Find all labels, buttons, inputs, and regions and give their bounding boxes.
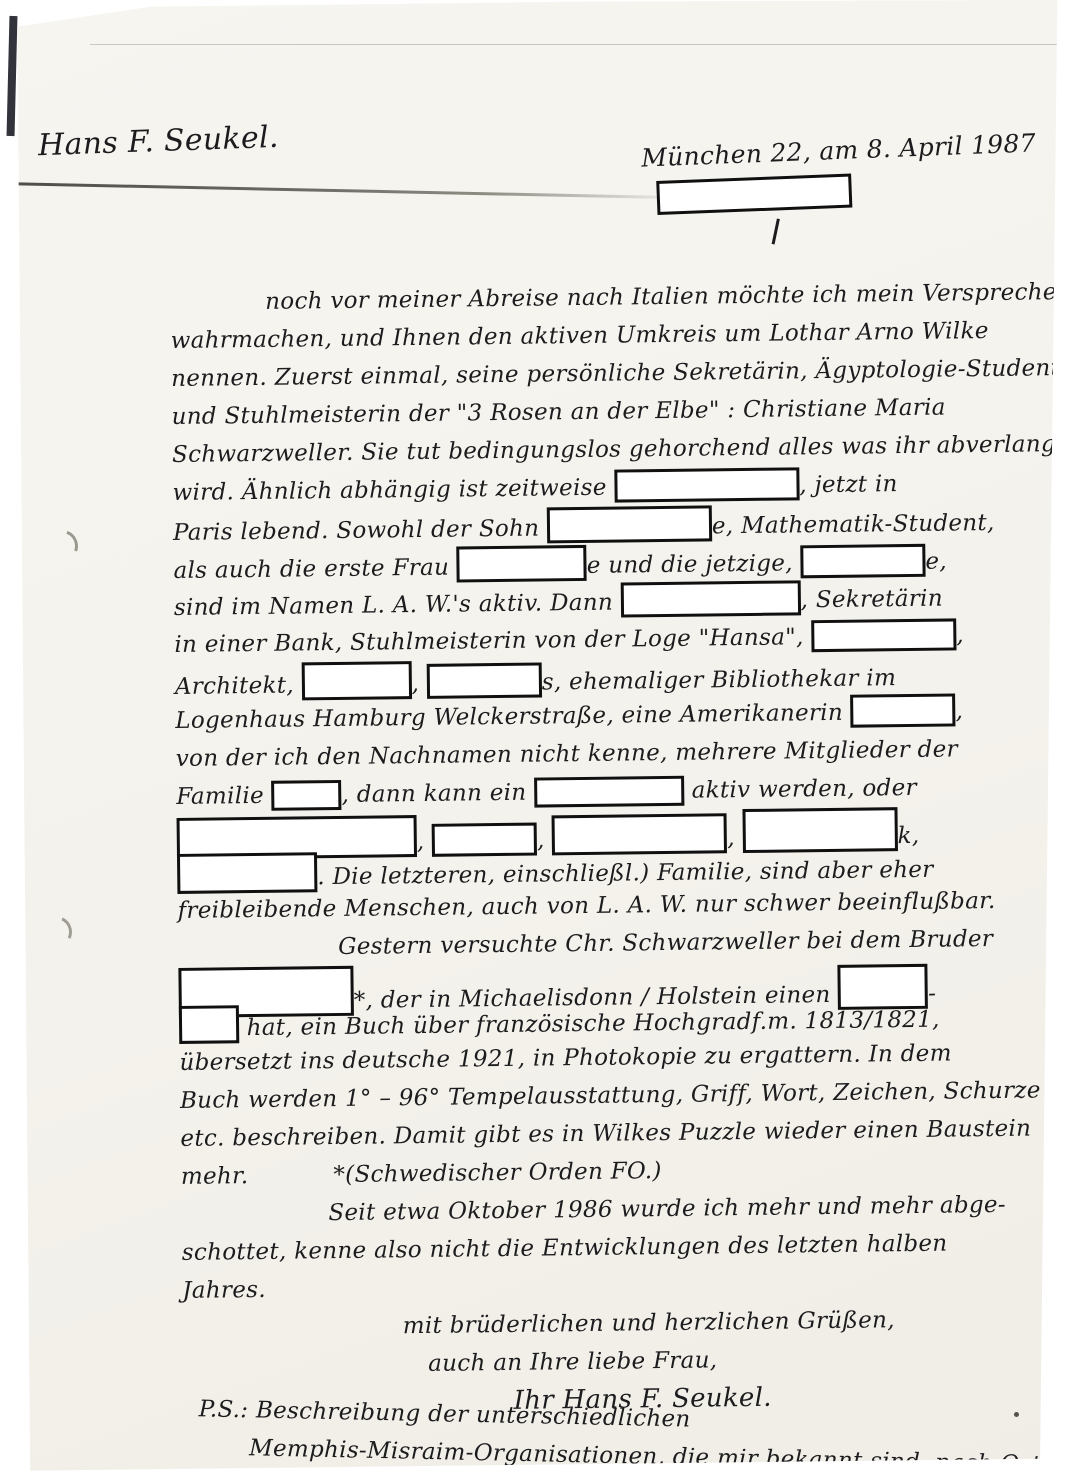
spacing-gap — [249, 1182, 334, 1183]
handwritten-text: P.S.: Beschreibung der unterschiedlichen — [198, 1396, 690, 1432]
handwritten-text: e, — [925, 549, 947, 575]
handwritten-text: mehr. — [181, 1163, 249, 1190]
handwritten-text: freibleibende Menschen, auch von L. A. W… — [178, 888, 996, 924]
handwritten-text: s, ehemaliger Bibliothekar im — [542, 665, 897, 695]
handwritten-text: Jahres. — [182, 1277, 266, 1304]
handwritten-text: etc. beschreiben. Damit gibt es in Wilke… — [180, 1116, 1031, 1152]
handwritten-text: schottet, kenne also nicht die Entwicklu… — [182, 1231, 948, 1266]
handwritten-text: wahrmachen, und Ihnen den aktiven Umkrei… — [171, 318, 989, 354]
handwritten-text: als auch die erste Frau — [173, 555, 457, 584]
handwritten-text: von der ich den Nachnamen nicht kenne, m… — [176, 736, 958, 772]
punch-hole-mark — [35, 911, 76, 952]
letter-page: Hans F. Seukel. München 22, am 8. April … — [0, 0, 1080, 1484]
redaction-box — [271, 780, 341, 811]
handwritten-text: nennen. Zuerst einmal, seine persönliche… — [171, 355, 1080, 392]
handwritten-text: Familie — [176, 783, 272, 810]
handwritten-text: wird. Ähnlich abhängig ist zeitweise — [172, 475, 614, 506]
handwritten-text: aktiv werden, oder — [684, 775, 917, 804]
handwritten-text: Buch werden 1° – 96° Tempelausstattung, … — [180, 1077, 1041, 1114]
handwritten-text: , — [956, 622, 964, 648]
date-redaction-box — [656, 174, 852, 215]
letter-body: noch vor meiner Abreise nach Italien möc… — [170, 273, 1054, 1466]
handwritten-text: e, Mathematik-Student, — [712, 510, 995, 539]
redaction-box — [457, 545, 587, 583]
redaction-box — [534, 776, 684, 808]
redaction-box — [177, 852, 317, 894]
redaction-box — [620, 580, 800, 617]
dateline: München 22, am 8. April 1987 — [641, 128, 1037, 172]
redaction-box — [811, 618, 956, 652]
handwritten-text: übersetzt ins deutsche 1921, in Photokop… — [179, 1041, 952, 1076]
sender-name: Hans F. Seukel. — [37, 120, 279, 163]
handwritten-text: in einer Bank, Stuhlmeisterin von der Lo… — [174, 624, 811, 658]
handwritten-text: , — [955, 698, 963, 724]
handwritten-text: Architekt, — [175, 672, 302, 700]
handwritten-text: und Stuhlmeisterin der "3 Rosen an der E… — [171, 395, 945, 430]
redaction-box — [427, 662, 542, 698]
handwritten-text: Logenhaus Hamburg Welckerstraße, eine Am… — [175, 700, 851, 734]
redaction-box — [179, 1005, 239, 1044]
handwritten-text: Gestern versuchte Chr. Schwarzweller bei… — [338, 926, 993, 960]
redaction-box — [614, 467, 799, 502]
scan-streak-artifact — [0, 206, 568, 255]
handwritten-text: Seit etwa Oktober 1986 wurde ich mehr un… — [328, 1192, 1006, 1226]
handwritten-text: Paris lebend. Sowohl der Sohn — [173, 515, 547, 546]
scan-rule-artifact — [90, 44, 1070, 45]
handwritten-text: e und die jetzige, — [587, 550, 801, 579]
handwritten-text: , Sekretärin — [800, 586, 943, 614]
scanned-letter: Hans F. Seukel. München 22, am 8. April … — [0, 0, 1080, 1484]
date-block: München 22, am 8. April 1987 — [641, 128, 1038, 215]
redaction-box — [850, 693, 955, 727]
handwritten-text: *(Schwedischer Orden FO.) — [333, 1158, 662, 1188]
redaction-box — [800, 544, 925, 579]
handwritten-text: noch vor meiner Abreise nach Italien möc… — [265, 279, 1072, 315]
punch-hole-mark — [41, 525, 84, 568]
handwritten-text: , dann kann ein — [341, 780, 534, 808]
redaction-box — [301, 661, 411, 700]
scan-streak-artifact — [0, 182, 690, 199]
handwritten-text: mit brüderlichen und herzlichen Grüßen, — [403, 1307, 895, 1339]
handwritten-text: , jetzt in — [799, 471, 898, 498]
redaction-box — [547, 505, 712, 543]
handwritten-text: , — [411, 671, 427, 697]
handwritten-text: sind im Namen L. A. W.'s aktiv. Dann — [174, 590, 621, 621]
scan-edge-artifact — [7, 16, 18, 136]
handwritten-text: Schwarzweller. Sie tut bedingungslos geh… — [172, 431, 1066, 468]
ink-stroke-artifact — [772, 218, 780, 244]
handwritten-text: auch an Ihre liebe Frau, — [428, 1347, 717, 1377]
